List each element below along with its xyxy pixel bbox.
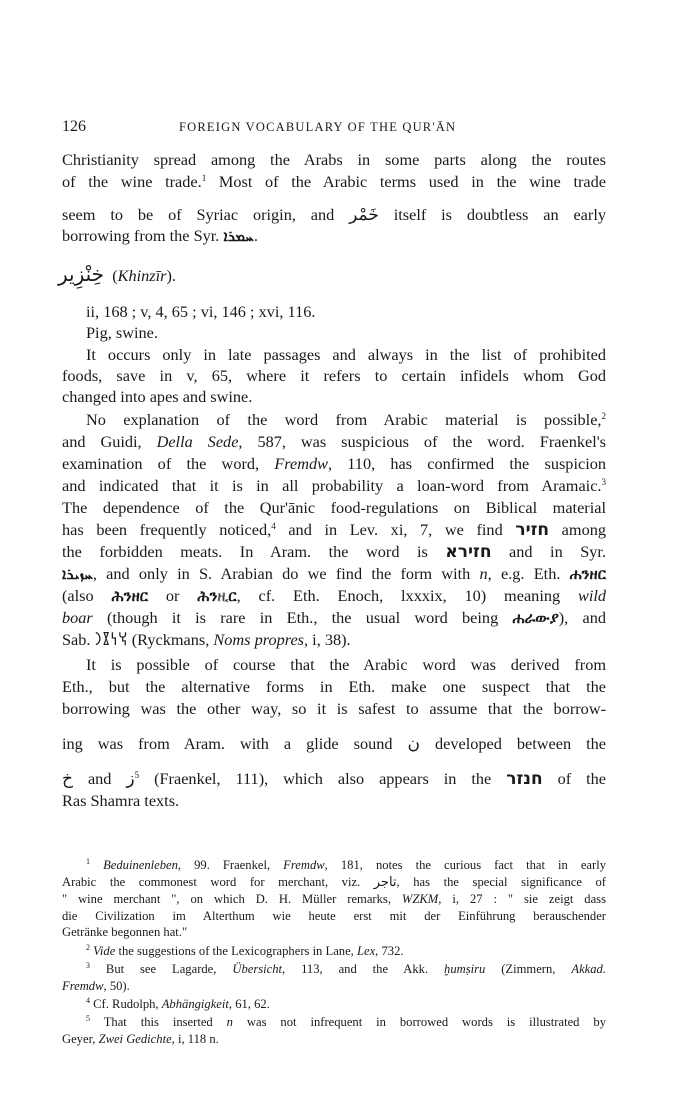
text: " wine merchant ", on which D. H. Müller…: [62, 892, 402, 906]
footnote-1-line: Getränke begonnen hat.": [62, 925, 606, 941]
body-line: boar (though it is rare in Eth., the usu…: [62, 608, 606, 628]
aramaic-word: חזירא: [445, 542, 491, 562]
text: ii, 168 ; v, 4, 65 ; vi, 146 ; xvi, 116.: [86, 302, 315, 321]
text: , i, 38).: [304, 630, 351, 649]
italic-title: Abhängigkeit: [162, 997, 229, 1011]
text: , 110, has confirmed the suspicion: [328, 454, 606, 473]
text: has been frequently noticed,: [62, 520, 271, 539]
text: The dependence of the Qur'ānic food-regu…: [62, 498, 606, 517]
text: , 61, 62.: [229, 997, 270, 1011]
italic-word: Vide: [93, 944, 115, 958]
italic-title: Übersicht: [232, 962, 282, 976]
italic-title: Akkad.: [571, 962, 606, 976]
body-line: Christianity spread among the Arabs in s…: [62, 150, 606, 170]
text: borrowing was the other way, so it is sa…: [62, 699, 606, 718]
text: developed between the: [420, 734, 606, 753]
text: , 113, and the Akk.: [282, 962, 444, 976]
entry-heading: خِنْزِير (Khinzīr).: [58, 262, 176, 286]
text: Eth., but the alternative forms in Eth. …: [62, 677, 606, 696]
italic-title: Fremdw: [283, 858, 325, 872]
text: the suggestions of the Lexicographers in…: [115, 944, 357, 958]
body-line: examination of the word, Fremdw, 110, ha…: [62, 454, 606, 474]
text: borrowing from the Syr.: [62, 226, 223, 245]
text: Cf. Rudolph,: [93, 997, 162, 1011]
body-line: ܚܙܝܪܐ, and only in S. Arabian do we find…: [62, 564, 606, 584]
text: and Guidi,: [62, 432, 157, 451]
hebrew-word: חזיר: [515, 520, 549, 540]
text: , 181, notes the curious fact that in ea…: [325, 858, 606, 872]
body-line: and indicated that it is in all probabil…: [62, 476, 606, 496]
italic-letter: n: [480, 564, 488, 583]
arabic-word: خَمْر: [349, 205, 379, 225]
text: Ras Shamra texts.: [62, 791, 179, 810]
arabic-letter: ز: [126, 769, 134, 789]
body-line: borrowing was the other way, so it is sa…: [62, 699, 606, 719]
text: , 50).: [104, 979, 130, 993]
italic-title: Fremdw: [62, 979, 104, 993]
text: or: [148, 586, 197, 605]
text: (Fraenkel, 111), which also appears in t…: [139, 769, 506, 788]
text: , 587, was suspicious of the word. Fraen…: [238, 432, 606, 451]
text: (Ryckmans,: [128, 630, 214, 649]
entry-meaning: Pig, swine.: [62, 323, 606, 343]
text: and in Lev. xi, 7, we find: [276, 520, 516, 539]
italic-word: boar: [62, 608, 93, 627]
footnote-2: 2 Vide the suggestions of the Lexicograp…: [62, 944, 606, 960]
footnote-5-line: Geyer, Zwei Gedichte, i, 118 n.: [62, 1032, 606, 1048]
body-line: It is possible of course that the Arabic…: [62, 655, 606, 675]
text: seem to be of Syriac origin, and: [62, 205, 349, 224]
footnote-number: 2: [86, 943, 90, 952]
body-line: has been frequently noticed,4 and in Lev…: [62, 520, 606, 540]
text: die Civilization im Alterthum wie heute …: [62, 909, 606, 923]
text: among: [549, 520, 606, 539]
entry-references: ii, 168 ; v, 4, 65 ; vi, 146 ; xvi, 116.: [62, 302, 606, 322]
body-line: the forbidden meats. In Aram. the word i…: [62, 542, 606, 562]
text: , i, 27 : " sie zeigt dass: [438, 892, 606, 906]
text: Pig, swine.: [86, 323, 158, 342]
text: changed into apes and swine.: [62, 387, 252, 406]
text: ), and: [559, 608, 606, 627]
italic-title: WZKM: [402, 892, 438, 906]
body-line: seem to be of Syriac origin, and خَمْر i…: [62, 205, 606, 225]
arabic-letter: خ: [62, 769, 73, 789]
text: , has the special significance of: [397, 875, 606, 889]
body-line: It occurs only in late passages and alwa…: [62, 345, 606, 365]
text: and indicated that it is in all probabil…: [62, 476, 602, 495]
body-line: خ and ز5 (Fraenkel, 111), which also app…: [62, 769, 606, 789]
text: the forbidden meats. In Aram. the word i…: [62, 542, 445, 561]
footnote-3-line: Fremdw, 50).: [62, 979, 606, 995]
footnote-number: 4: [86, 996, 90, 1005]
body-line: Ras Shamra texts.: [62, 791, 606, 811]
footnote-3: 3 But see Lagarde, Übersicht, 113, and t…: [62, 962, 606, 978]
sabaean-word: 𐩭𐩬𐩸𐩧: [95, 631, 128, 649]
text: of the wine trade.: [62, 172, 202, 191]
italic-word: ḫumṣiru: [444, 962, 485, 976]
footnote-4: 4 Cf. Rudolph, Abhängigkeit, 61, 62.: [62, 997, 606, 1013]
ethiopic-word: ሐንዘር: [570, 565, 606, 583]
footnote-1-line: die Civilization im Alterthum wie heute …: [62, 909, 606, 925]
text: itself is doubtless an early: [379, 205, 606, 224]
body-line: of the wine trade.1 Most of the Arabic t…: [62, 172, 606, 192]
ugaritic-word: חנזר: [506, 769, 542, 789]
entry-arabic: خِنْزِير: [58, 262, 104, 286]
text: No explanation of the word from Arabic m…: [86, 410, 602, 429]
body-line: changed into apes and swine.: [62, 387, 606, 407]
italic-title: Della Sede: [157, 432, 239, 451]
text: (also: [62, 586, 111, 605]
running-header: 126 FOREIGN VOCABULARY OF THE QUR'ĀN: [62, 118, 606, 138]
italic-title: Lex: [357, 944, 375, 958]
arabic-letter: ن: [408, 734, 420, 754]
text: But see Lagarde,: [106, 962, 232, 976]
text: and in Syr.: [492, 542, 607, 561]
text: examination of the word,: [62, 454, 274, 473]
text: , 732.: [375, 944, 403, 958]
entry-transliteration: Khinzīr: [118, 266, 167, 285]
italic-title: Beduinenleben: [103, 858, 178, 872]
italic-title: Fremdw: [274, 454, 328, 473]
text: (though it is rare in Eth., the usual wo…: [93, 608, 513, 627]
book-page: 126 FOREIGN VOCABULARY OF THE QUR'ĀN Chr…: [0, 0, 697, 1100]
text: It occurs only in late passages and alwa…: [86, 345, 606, 364]
footnote-5: 5 That this inserted n was not infrequen…: [62, 1015, 606, 1031]
text: , and only in S. Arabian do we find the …: [93, 564, 480, 583]
running-title: FOREIGN VOCABULARY OF THE QUR'ĀN: [179, 120, 456, 135]
text: Most of the Arabic terms used in the win…: [206, 172, 606, 191]
text: Getränke begonnen hat.": [62, 925, 187, 939]
italic-word: wild: [578, 586, 606, 605]
footnote-1-line: " wine merchant ", on which D. H. Müller…: [62, 892, 606, 908]
footnote-1-line: Arabic the commonest word for merchant, …: [62, 875, 606, 891]
body-line: borrowing from the Syr. ܚܡܪܐ.: [62, 226, 606, 246]
text: was not infrequent in borrowed words is …: [233, 1015, 606, 1029]
text: It is possible of course that the Arabic…: [86, 655, 606, 674]
ethiopic-word: ሐራውያ: [512, 609, 558, 627]
italic-title: Zwei Gedichte: [99, 1032, 172, 1046]
footnote-ref[interactable]: 3: [602, 477, 607, 487]
footnote-number: 1: [86, 857, 90, 866]
text: That this inserted: [104, 1015, 227, 1029]
footnote-number: 5: [86, 1014, 90, 1023]
text: , cf. Eth. Enoch, lxxxix, 10) meaning: [237, 586, 578, 605]
body-line: No explanation of the word from Arabic m…: [62, 410, 606, 430]
text: Geyer,: [62, 1032, 99, 1046]
text: , e.g. Eth.: [488, 564, 570, 583]
body-line: The dependence of the Qur'ānic food-regu…: [62, 498, 606, 518]
text: , 99. Fraenkel,: [178, 858, 283, 872]
text: , i, 118 n.: [172, 1032, 219, 1046]
syriac-word: ܚܡܪܐ: [223, 227, 253, 245]
body-line: foods, save in v, 65, where it refers to…: [62, 366, 606, 386]
body-line: (also ሕንዘር or ሕንዚር, cf. Eth. Enoch, lxxx…: [62, 586, 606, 606]
body-line: ing was from Aram. with a glide sound ن …: [62, 734, 606, 754]
body-line: Sab. 𐩭𐩬𐩸𐩧 (Ryckmans, Noms propres, i, 38…: [62, 630, 606, 650]
text: ing was from Aram. with a glide sound: [62, 734, 408, 753]
footnote-ref[interactable]: 2: [602, 411, 607, 421]
italic-title: Noms propres: [213, 630, 304, 649]
body-line: and Guidi, Della Sede, 587, was suspicio…: [62, 432, 606, 452]
text: Christianity spread among the Arabs in s…: [62, 150, 606, 169]
text: Arabic the commonest word for merchant, …: [62, 875, 374, 889]
ethiopic-word: ሕንዘር: [111, 587, 148, 605]
text: Sab.: [62, 630, 95, 649]
text: of the: [543, 769, 606, 788]
footnote-1: 1 Beduinenleben, 99. Fraenkel, Fremdw, 1…: [62, 858, 606, 874]
arabic-word: تاجر: [374, 875, 397, 890]
syriac-word: ܚܙܝܪܐ: [62, 565, 93, 583]
footnote-number: 3: [86, 961, 90, 970]
text: and: [73, 769, 126, 788]
body-line: Eth., but the alternative forms in Eth. …: [62, 677, 606, 697]
page-number: 126: [62, 118, 86, 136]
ethiopic-word: ሕንዚር: [197, 587, 236, 605]
text: foods, save in v, 65, where it refers to…: [62, 366, 606, 385]
text: .: [254, 226, 258, 245]
text: (Zimmern,: [485, 962, 571, 976]
